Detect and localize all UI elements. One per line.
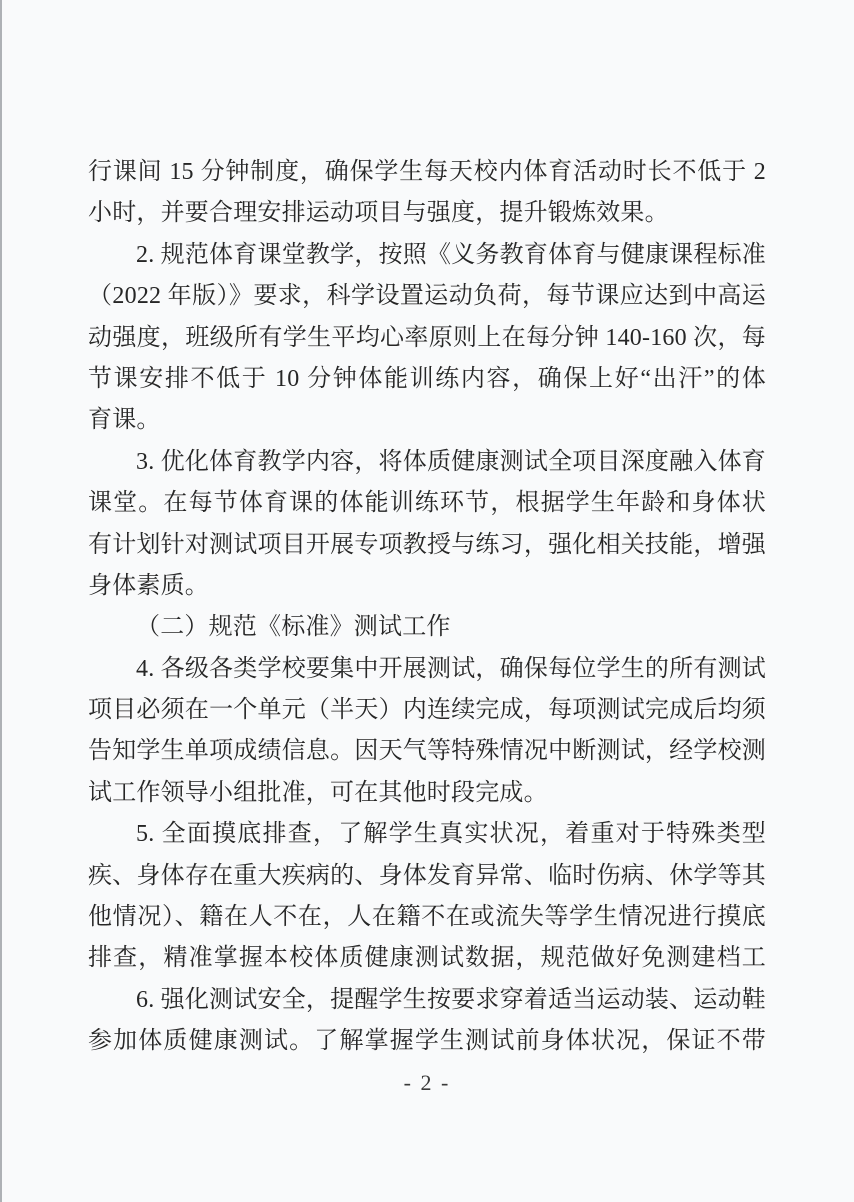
document-line: 6. 强化测试安全，提醒学生按要求穿着适当运动装、运动鞋 — [88, 980, 766, 1021]
document-line: 动强度，班级所有学生平均心率原则上在每分钟 140-160 次，每 — [88, 318, 766, 359]
document-line: 排查，精准掌握本校体质健康测试数据，规范做好免测建档工作。 — [88, 938, 766, 979]
document-line: 4. 各级各类学校要集中开展测试，确保每位学生的所有测试 — [88, 649, 766, 690]
section-heading: （二）规范《标准》测试工作 — [88, 607, 766, 648]
page-left-edge-line — [0, 0, 2, 1202]
document-body: 行课间 15 分钟制度，确保学生每天校内体育活动时长不低于 2小时，并要合理安排… — [88, 152, 766, 1063]
document-line: 项目必须在一个单元（半天）内连续完成，每项测试完成后均须 — [88, 690, 766, 731]
document-page: 行课间 15 分钟制度，确保学生每天校内体育活动时长不低于 2小时，并要合理安排… — [0, 0, 854, 1202]
document-line: 行课间 15 分钟制度，确保学生每天校内体育活动时长不低于 2 — [88, 152, 766, 193]
document-line: 有计划针对测试项目开展专项教授与练习，强化相关技能，增强 — [88, 525, 766, 566]
document-line: 告知学生单项成绩信息。因天气等特殊情况中断测试，经学校测 — [88, 731, 766, 772]
page-number: - 2 - — [0, 1068, 854, 1098]
document-line: （2022 年版）》要求，科学设置运动负荷，每节课应达到中高运 — [88, 276, 766, 317]
document-line: 节课安排不低于 10 分钟体能训练内容，确保上好“出汗”的体 — [88, 359, 766, 400]
document-line: 小时，并要合理安排运动项目与强度，提升锻炼效果。 — [88, 193, 766, 234]
document-line: 5. 全面摸底排查，了解学生真实状况，着重对于特殊类型（残 — [88, 814, 766, 855]
document-line: 试工作领导小组批准，可在其他时段完成。 — [88, 773, 766, 814]
document-line: 他情况）、籍在人不在，人在籍不在或流失等学生情况进行摸底 — [88, 897, 766, 938]
document-line: 身体素质。 — [88, 566, 766, 607]
document-line: 课堂。在每节体育课的体能训练环节，根据学生年龄和身体状况， — [88, 483, 766, 524]
document-line: 3. 优化体育教学内容，将体质健康测试全项目深度融入体育 — [88, 442, 766, 483]
document-line: 参加体质健康测试。了解掌握学生测试前身体状况，保证不带病、 — [88, 1021, 766, 1062]
document-line: 2. 规范体育课堂教学，按照《义务教育体育与健康课程标准 — [88, 235, 766, 276]
document-line: 育课。 — [88, 400, 766, 441]
document-line: 疾、身体存在重大疾病的、身体发育异常、临时伤病、休学等其 — [88, 856, 766, 897]
